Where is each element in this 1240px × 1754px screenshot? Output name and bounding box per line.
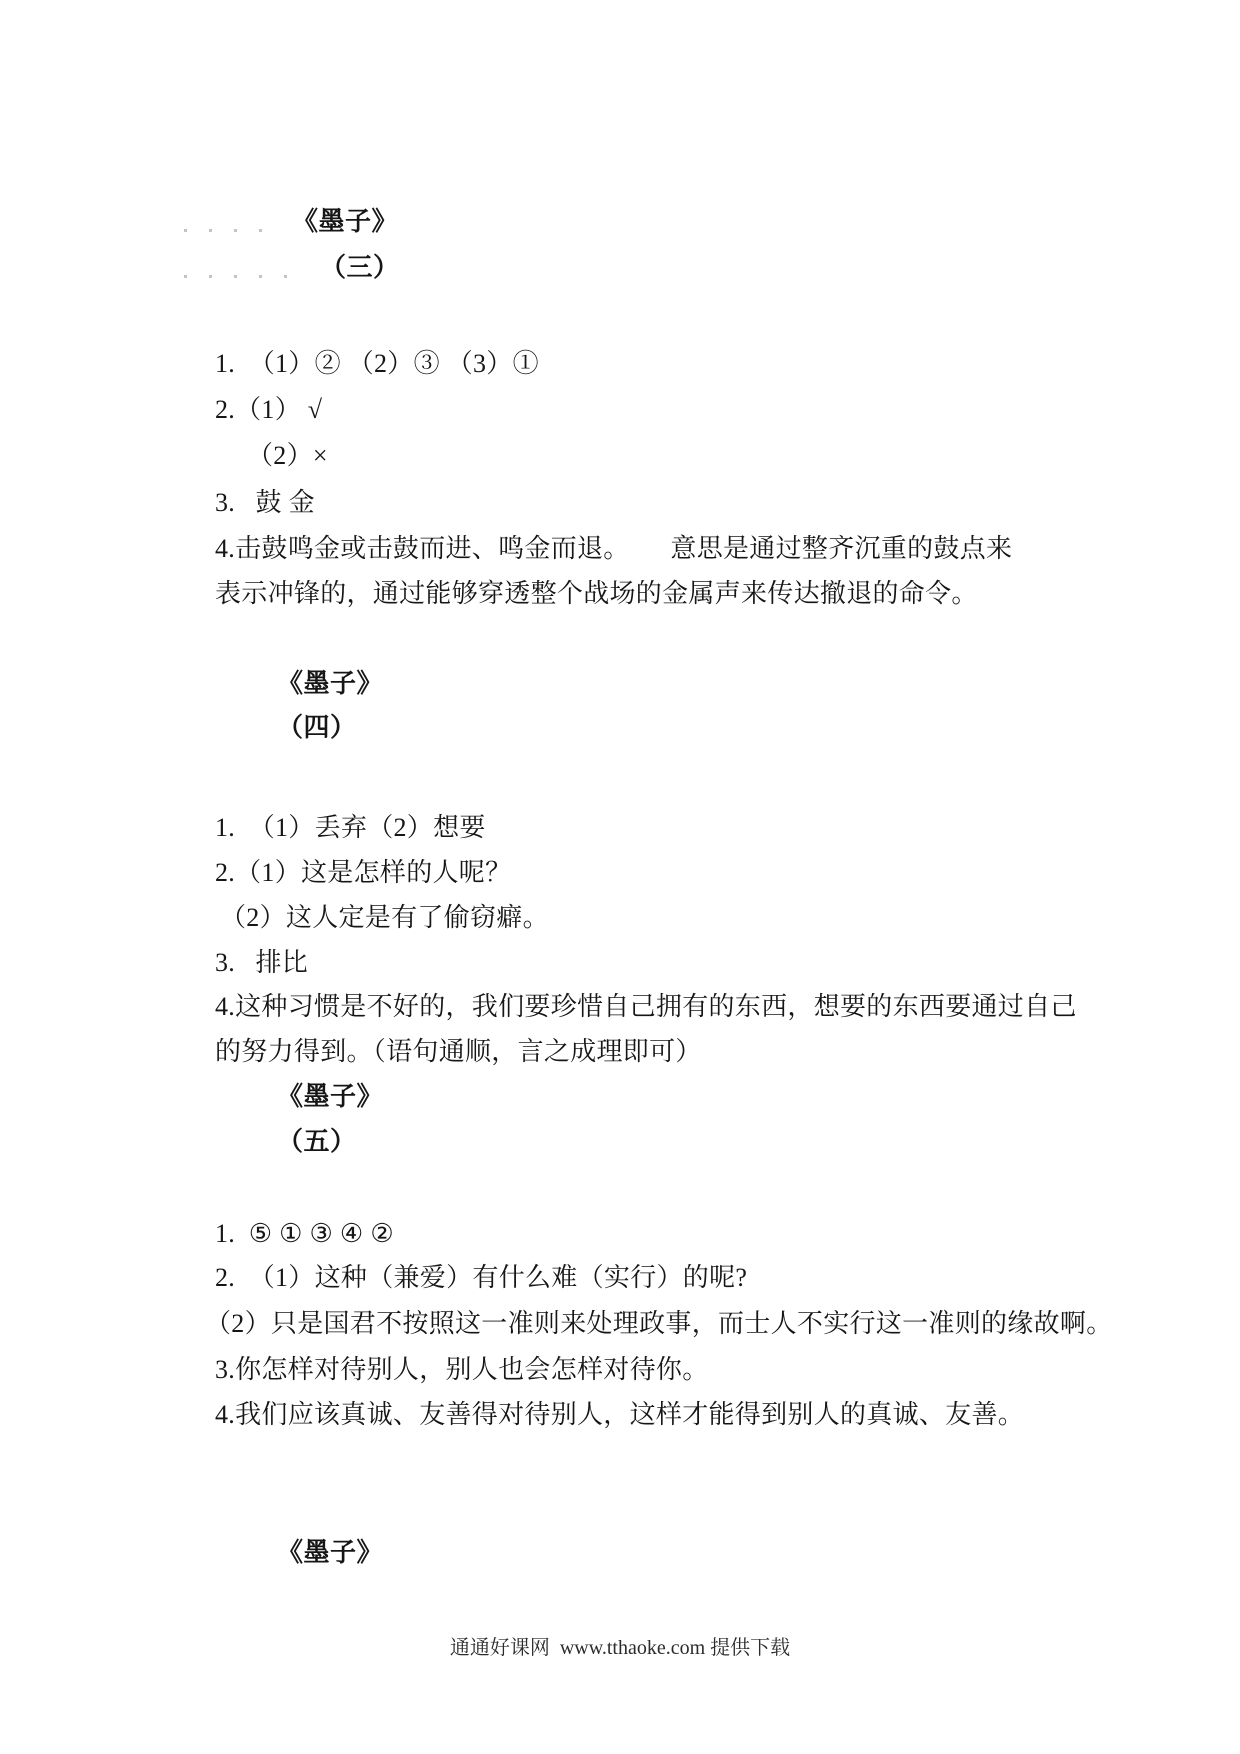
section-title: 《墨子》 xyxy=(292,206,398,238)
dot xyxy=(259,275,262,278)
answer-line: 3. 鼓 金 xyxy=(215,487,315,519)
answer-line: 3.你怎样对待别人，别人也会怎样对待你。 xyxy=(215,1354,709,1386)
section-subtitle: （四） xyxy=(277,712,357,744)
dot xyxy=(234,229,237,232)
answer-line: 1. （1）② （2）③ （3）① xyxy=(215,348,539,380)
answer-line: 4.击鼓鸣金或击鼓而进、鸣金而退。 意思是通过整齐沉重的鼓点来 xyxy=(215,533,1012,565)
answer-line: 4.我们应该真诚、友善得对待别人，这样才能得到别人的真诚、友善。 xyxy=(215,1399,1024,1431)
section-title: 《墨子》 xyxy=(277,1537,383,1569)
answer-line: 2.（1）这是怎样的人呢？ xyxy=(215,857,511,889)
dot xyxy=(234,275,237,278)
answer-line: （2）× xyxy=(247,440,328,472)
answer-line: （2）只是国君不按照这一准则来处理政事，而士人不实行这一准则的缘故啊。 xyxy=(205,1308,1113,1340)
answer-line: 2.（1） √ xyxy=(215,394,322,426)
scan-artifact-dots xyxy=(184,275,287,278)
section-subtitle: （三） xyxy=(320,252,400,284)
dot xyxy=(184,229,187,232)
dot xyxy=(209,275,212,278)
answer-line: 的努力得到。（语句通顺，言之成理即可） xyxy=(215,1036,702,1068)
answer-line: 4.这种习惯是不好的，我们要珍惜自己拥有的东西，想要的东西要通过自己 xyxy=(215,991,1077,1023)
answer-line: 1. （1）丢弃（2）想要 xyxy=(215,812,486,844)
dot xyxy=(284,275,287,278)
answer-line: 3. 排比 xyxy=(215,947,308,979)
dot xyxy=(259,229,262,232)
answer-line: 1. ⑤ ① ③ ④ ② xyxy=(215,1218,394,1250)
answer-line: 2. （1）这种（兼爱）有什么难（实行）的呢? xyxy=(215,1262,747,1294)
section-title: 《墨子》 xyxy=(277,1081,383,1113)
footer-watermark: 通通好课网 www.tthaoke.com 提供下载 xyxy=(0,1631,1240,1660)
dot xyxy=(209,229,212,232)
scan-artifact-dots xyxy=(184,229,262,232)
section-title: 《墨子》 xyxy=(277,668,383,700)
answer-line: （2）这人定是有了偷窃癖。 xyxy=(220,902,549,934)
section-subtitle: （五） xyxy=(277,1126,357,1158)
dot xyxy=(184,275,187,278)
answer-line: 表示冲锋的，通过能够穿透整个战场的金属声来传达撤退的命令。 xyxy=(215,578,978,610)
document-page: 《墨子》 （三） 1. （1）② （2）③ （3）① 2.（1） √ （2）× … xyxy=(0,0,1240,1754)
